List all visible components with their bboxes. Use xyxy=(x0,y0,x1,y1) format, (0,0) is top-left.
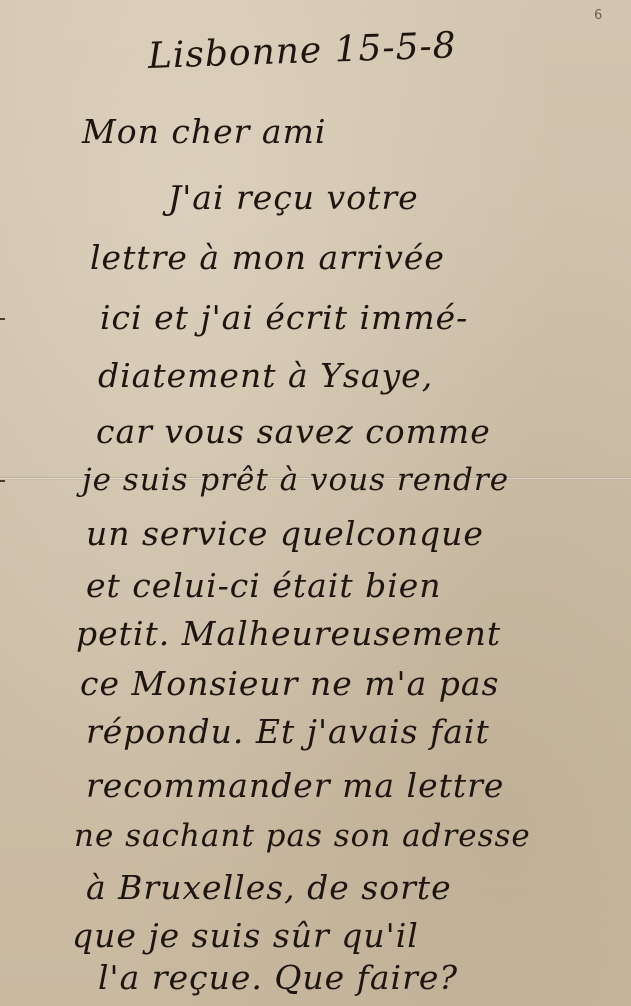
letter-line: recommander ma lettre xyxy=(86,766,504,805)
letter-line: car vous savez comme xyxy=(96,412,491,451)
letter-line: l'a reçue. Que faire? xyxy=(98,958,458,997)
letter-line: répondu. Et j'avais fait xyxy=(86,712,490,751)
letter-line: à Bruxelles, de sorte xyxy=(86,868,452,907)
page-number: 6 xyxy=(594,8,602,23)
letter-page: 6 Lisbonne 15-5-8 Mon cher ami J'ai reçu… xyxy=(0,0,631,1006)
letter-line: J'ai reçu votre xyxy=(168,178,419,217)
salutation: Mon cher ami xyxy=(82,112,326,151)
letter-line: ici et j'ai écrit immé- xyxy=(100,298,468,337)
letter-line: je suis prêt à vous rendre xyxy=(82,462,509,498)
margin-mark xyxy=(0,318,5,320)
letter-line: petit. Malheureusement xyxy=(76,614,501,653)
letter-line: et celui-ci était bien xyxy=(86,566,442,605)
margin-mark xyxy=(0,480,5,482)
letter-line: ce Monsieur ne m'a pas xyxy=(80,664,499,703)
letter-line: que je suis sûr qu'il xyxy=(72,916,419,955)
place-date: Lisbonne 15-5-8 xyxy=(147,25,457,77)
letter-line: diatement à Ysaye, xyxy=(98,356,433,395)
letter-line: ne sachant pas son adresse xyxy=(74,818,531,854)
letter-line: lettre à mon arrivée xyxy=(90,238,445,277)
letter-line: un service quelconque xyxy=(86,514,484,553)
